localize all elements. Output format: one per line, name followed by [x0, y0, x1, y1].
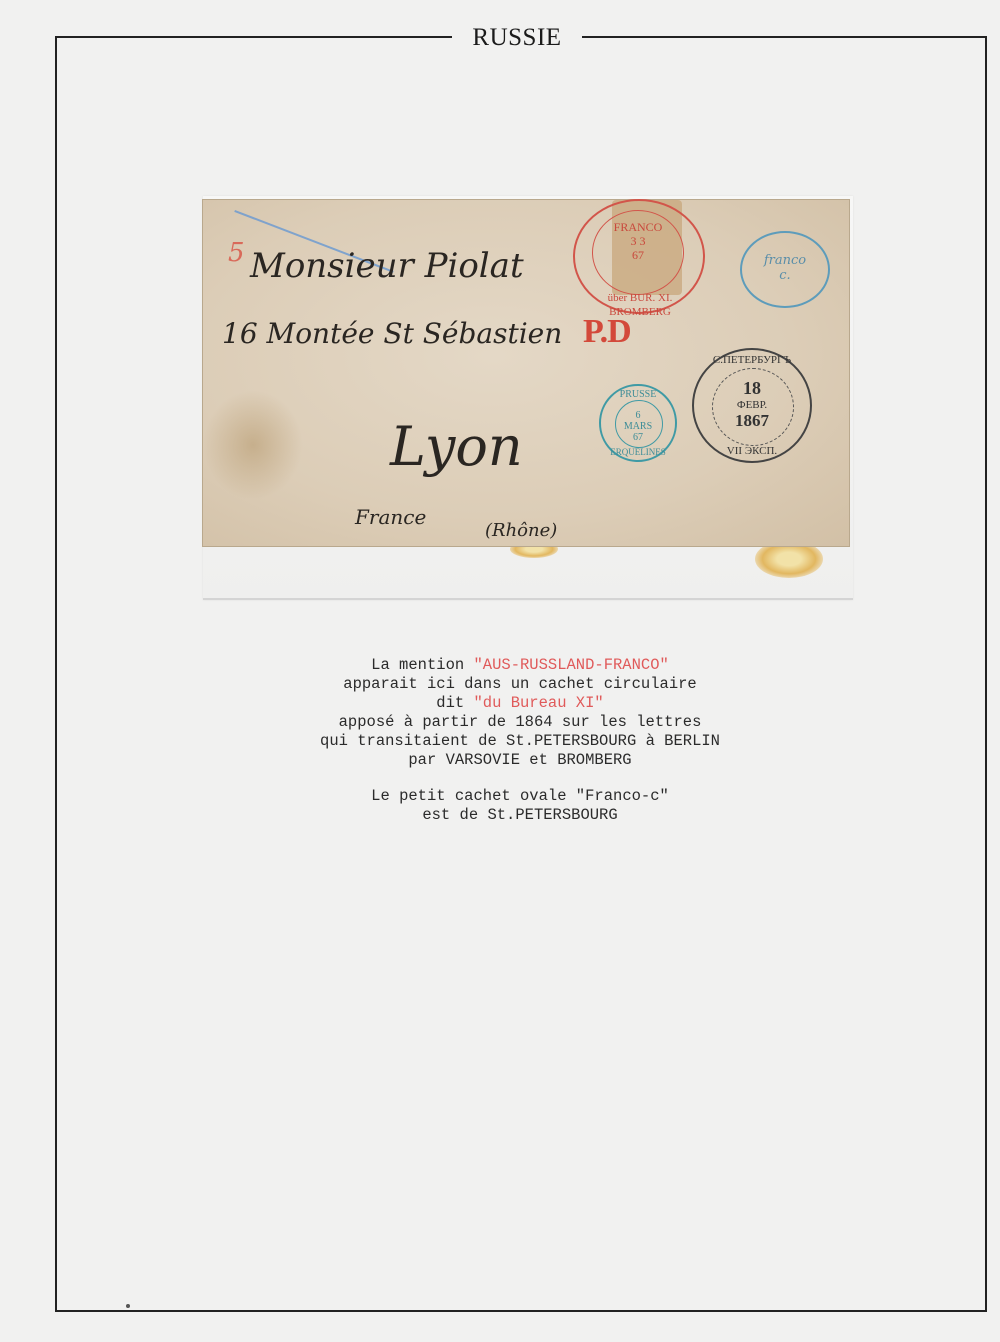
address-region: (Rhône) — [485, 520, 557, 541]
description-text: par VARSOVIE et BROMBERG — [408, 751, 631, 769]
address-city: Lyon — [390, 415, 523, 478]
blue-cachet-line: 67 — [601, 432, 675, 443]
page-title: RUSSIE — [472, 24, 561, 51]
franco-oval-line-2: c. — [742, 268, 828, 283]
description-text: apparait ici dans un cachet circulaire — [343, 675, 696, 693]
description-line: est de St.PETERSBOURG — [200, 806, 840, 825]
description-line: La mention "AUS-RUSSLAND-FRANCO" — [200, 656, 840, 675]
red-cachet-line: FRANCO — [592, 220, 684, 234]
red-cachet-line: 67 — [592, 248, 684, 262]
black-cachet-top-text: С.ПЕТЕРБУРГЪ — [694, 354, 810, 366]
description-line: dit "du Bureau XI" — [200, 694, 840, 713]
description-line: apposé à partir de 1864 sur les lettres — [200, 713, 840, 732]
red-cachet-center: FRANCO 3 3 67 — [592, 220, 684, 262]
description-text: dit — [436, 694, 473, 712]
description-line: Le petit cachet ovale "Franco-c" — [200, 787, 840, 806]
black-departure-cachet: С.ПЕТЕРБУРГЪ 18 ФЕВР. 1867 VII ЭКСП. — [692, 348, 812, 463]
description-paragraph-2: Le petit cachet ovale "Franco-c"est de S… — [200, 787, 840, 825]
description-line: qui transitaient de St.PETERSBOURG à BER… — [200, 732, 840, 751]
blue-cachet-line: MARS — [601, 421, 675, 432]
address-line-1: Monsieur Piolat — [250, 246, 524, 286]
paper-speck — [126, 1304, 130, 1308]
black-cachet-month: ФЕВР. — [694, 398, 810, 412]
pd-mark: P.D — [583, 313, 631, 351]
blue-entry-cachet: PRUSSE 6 MARS 67 ERQUELINES — [599, 384, 677, 462]
red-cachet-line: 3 3 — [592, 234, 684, 248]
page-title-box: RUSSIE — [452, 22, 582, 54]
description-text: apposé à partir de 1864 sur les lettres — [339, 713, 702, 731]
black-cachet-year: 1867 — [694, 412, 810, 430]
blue-cachet-center: 6 MARS 67 — [601, 410, 675, 443]
franco-oval-cachet: franco c. — [740, 231, 830, 308]
black-cachet-day: 18 — [694, 378, 810, 398]
description-line: par VARSOVIE et BROMBERG — [200, 751, 840, 770]
description-paragraph-1: La mention "AUS-RUSSLAND-FRANCO"apparait… — [200, 656, 840, 770]
address-line-2: 16 Montée St Sébastien — [222, 317, 562, 350]
red-pencil-mark: 5 — [228, 238, 245, 268]
black-cachet-bottom-text: VII ЭКСП. — [694, 445, 810, 457]
address-country: France — [355, 505, 426, 529]
highlighted-term: "du Bureau XI" — [473, 694, 603, 712]
description-text: La mention — [371, 656, 473, 674]
stain — [203, 390, 303, 500]
highlighted-term: "AUS-RUSSLAND-FRANCO" — [473, 656, 668, 674]
franco-oval-line-1: franco — [742, 253, 828, 268]
blue-cachet-line: 6 — [601, 410, 675, 421]
blue-cachet-top-text: PRUSSE — [601, 389, 675, 400]
description-text: qui transitaient de St.PETERSBOURG à BER… — [320, 732, 720, 750]
description-line: apparait ici dans un cachet circulaire — [200, 675, 840, 694]
blue-cachet-bottom-text: ERQUELINES — [601, 447, 675, 457]
black-cachet-center: 18 ФЕВР. 1867 — [694, 378, 810, 430]
